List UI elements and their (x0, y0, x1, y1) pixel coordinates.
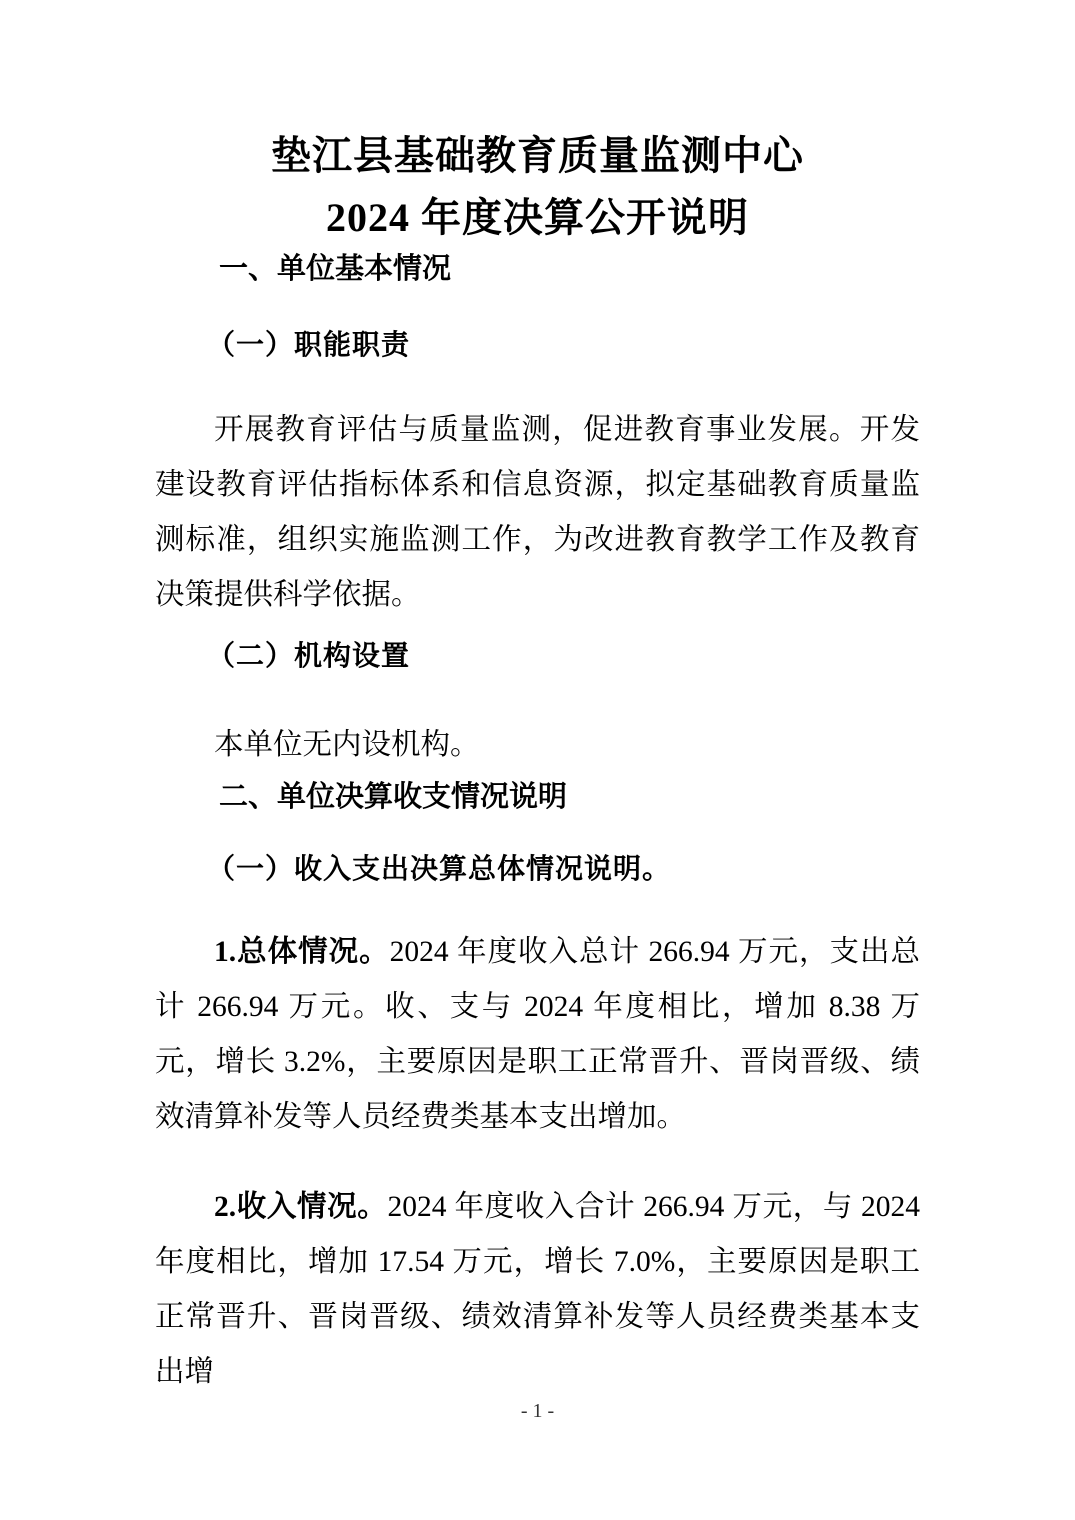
document-page: 垫江县基础教育质量监测中心 2024 年度决算公开说明 一、单位基本情况 （一）… (0, 0, 1075, 1520)
document-content: 垫江县基础教育质量监测中心 2024 年度决算公开说明 一、单位基本情况 （一）… (0, 0, 1075, 1400)
subsection-heading-1-1: （一）职能职责 (155, 326, 920, 366)
body-paragraph-income: 2.收入情况。2024 年度收入合计 266.94 万元，与 2024 年度相比… (155, 1180, 920, 1400)
subsection-heading-2-1: （一）收入支出决算总体情况说明。 (155, 850, 920, 890)
section-heading-2: 二、单位决算收支情况说明 (155, 777, 920, 817)
paragraph-lead-overall: 1.总体情况。 (214, 936, 390, 968)
body-paragraph-overall: 1.总体情况。2024 年度收入总计 266.94 万元，支出总计 266.94… (155, 925, 920, 1145)
body-paragraph-org: 本单位无内设机构。 (155, 718, 920, 773)
document-title: 垫江县基础教育质量监测中心 2024 年度决算公开说明 (155, 125, 920, 249)
subsection-heading-1-2: （二）机构设置 (155, 637, 920, 677)
paragraph-lead-income: 2.收入情况。 (214, 1191, 387, 1223)
body-paragraph-duties: 开展教育评估与质量监测，促进教育事业发展。开发建设教育评估指标体系和信息资源，拟… (155, 403, 920, 623)
section-heading-1: 一、单位基本情况 (155, 249, 920, 289)
page-number: - 1 - (0, 1400, 1075, 1423)
document-title-line2: 2024 年度决算公开说明 (155, 187, 920, 249)
document-title-line1: 垫江县基础教育质量监测中心 (155, 125, 920, 187)
